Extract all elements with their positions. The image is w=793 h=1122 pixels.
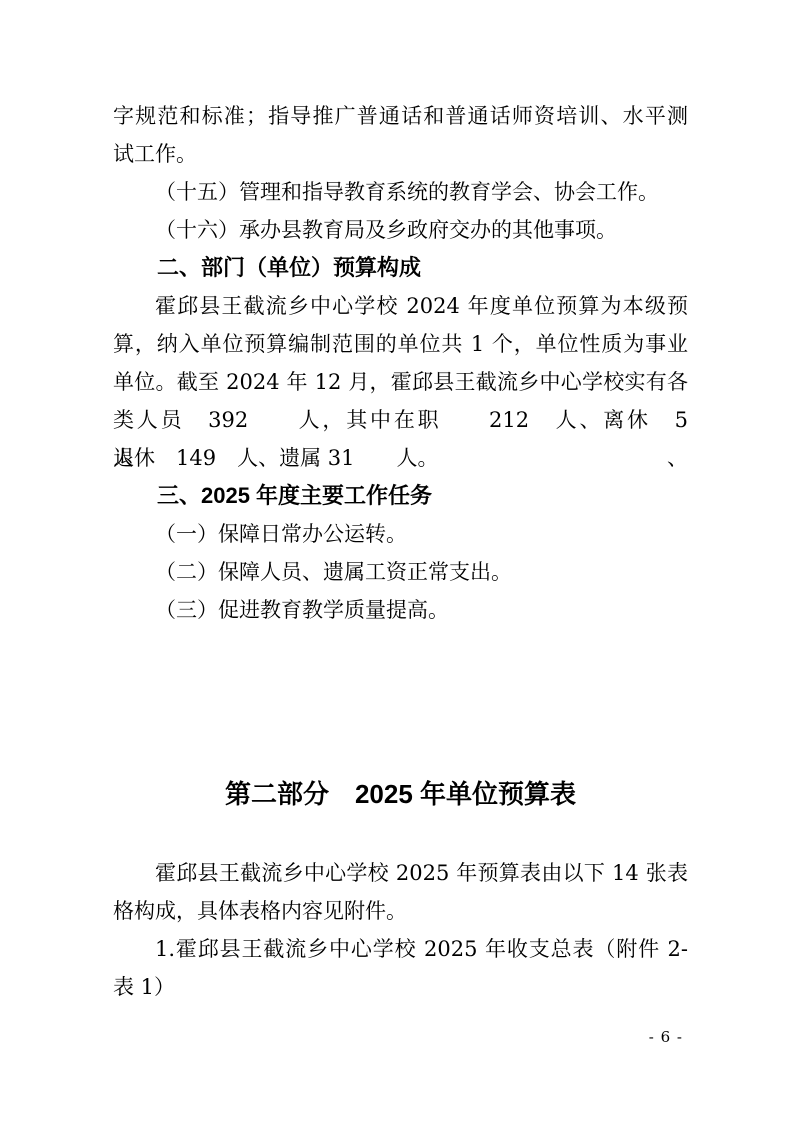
task-item-2: （二）保障人员、遗属工资正常支出。 [113,553,688,591]
part2-intro-line: 格构成，具体表格内容见附件。 [113,892,688,930]
paragraph-continued-line: 试工作。 [113,135,688,173]
table-list-item-1-continued: 表 1） [113,968,688,1006]
part2-title: 第二部分 2025 年单位预算表 [113,769,688,819]
document-page: 字规范和标准；指导推广普通话和普通话师资培训、水平测 试工作。 （十五）管理和指… [0,0,793,1122]
table-list-item-1: 1.霍邱县王截流乡中心学校 2025 年收支总表（附件 2- [113,930,688,968]
section-gap [113,629,688,769]
title-gap [113,819,688,854]
heading-budget-composition: 二、部门（单位）预算构成 [113,249,688,287]
task-item-1: （一）保障日常办公运转。 [113,515,688,553]
budget-paragraph-line-staff-counts: 类人员 392 人，其中在职 212 人、离休 5 人、 [113,401,688,439]
part2-intro-line: 霍邱县王截流乡中心学校 2025 年预算表由以下 14 张表 [113,854,688,892]
task-item-3: （三）促进教育教学质量提高。 [113,591,688,629]
heading-main-tasks: 三、2025 年度主要工作任务 [113,477,688,515]
paragraph-continued-line: 字规范和标准；指导推广普通话和普通话师资培训、水平测 [113,97,688,135]
list-item-16: （十六）承办县教育局及乡政府交办的其他事项。 [113,211,688,249]
page-number: - 6 - [649,1028,683,1046]
budget-paragraph-line: 霍邱县王截流乡中心学校 2024 年度单位预算为本级预 [113,287,688,325]
budget-paragraph-line: 算，纳入单位预算编制范围的单位共 1 个，单位性质为事业 [113,325,688,363]
budget-paragraph-line: 单位。截至 2024 年 12 月，霍邱县王截流乡中心学校实有各 [113,363,688,401]
list-item-15: （十五）管理和指导教育系统的教育学会、协会工作。 [113,173,688,211]
